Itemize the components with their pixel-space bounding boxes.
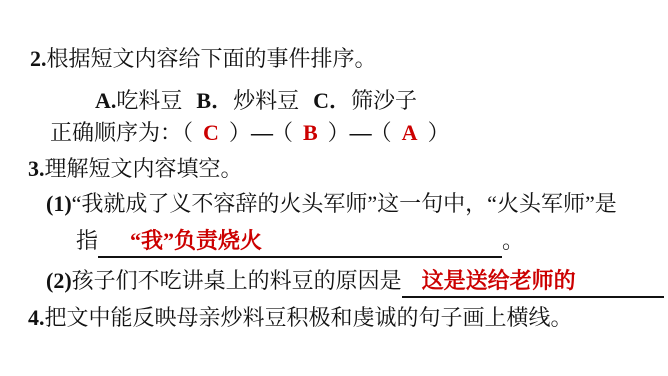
option-b-text: 炒料豆: [233, 88, 299, 113]
answer-blank-1: “我”负责烧火: [98, 226, 502, 258]
question-2-heading: 2.根据短文内容给下面的事件排序。: [30, 44, 377, 74]
open-paren-3: （: [370, 120, 392, 145]
sub1-sentence: “我就成了义不容辞的火头军师”这一句中，“火头军师”是: [72, 191, 617, 216]
question-3-sub1-answer-line: 指“我”负责烧火。: [76, 226, 524, 258]
question-4-heading: 4.把文中能反映母亲炒料豆积极和虔诚的句子画上横线。: [28, 303, 573, 333]
order-connector-2: —: [350, 120, 370, 145]
close-paren-2: ）: [328, 120, 350, 145]
option-b: B．炒料豆: [196, 86, 299, 116]
question-3-heading: 3.理解短文内容填空。: [28, 154, 243, 184]
question-2-options: A.吃料豆 B．炒料豆 C．筛沙子: [95, 86, 417, 116]
question-3-sub1-text: (1)“我就成了义不容辞的火头军师”这一句中，“火头军师”是: [46, 189, 617, 219]
question-4-title: 把文中能反映母亲炒料豆积极和虔诚的句子画上横线。: [45, 305, 573, 330]
open-paren-2: （: [271, 120, 293, 145]
answer-blank-2: 这是送给老师的: [402, 266, 664, 298]
order-prefix: 正确顺序为：: [50, 120, 182, 145]
option-a-text: 吃料豆: [116, 88, 182, 113]
answer-2-text: 这是送给老师的: [422, 268, 576, 293]
order-answer-1: C: [193, 120, 229, 145]
close-paren-1: ）: [229, 120, 251, 145]
question-2-title: 根据短文内容给下面的事件排序。: [47, 46, 377, 71]
option-c-letter: C．: [313, 88, 351, 113]
option-c-text: 筛沙子: [351, 88, 417, 113]
question-4-number: 4.: [28, 305, 45, 330]
worksheet-page: 2.根据短文内容给下面的事件排序。 A.吃料豆 B．炒料豆 C．筛沙子 正确顺序…: [0, 0, 668, 376]
order-answer-2: B: [293, 120, 328, 145]
question-3-title: 理解短文内容填空。: [45, 156, 243, 181]
question-2-order-line: 正确顺序为：（C）—（B）—（A）: [50, 118, 450, 148]
order-answer-3: A: [392, 120, 428, 145]
question-3-sub2-line: (2)孩子们不吃讲桌上的料豆的原因是这是送给老师的: [46, 266, 664, 298]
option-b-letter: B．: [196, 88, 233, 113]
option-c: C．筛沙子: [313, 86, 417, 116]
answer-1-text: “我”负责烧火: [130, 228, 262, 253]
sub2-label: (2): [46, 268, 72, 293]
option-a-letter: A.: [95, 88, 116, 113]
option-a: A.吃料豆: [95, 86, 182, 116]
sub1-label: (1): [46, 191, 72, 216]
sub1-period: 。: [502, 228, 524, 253]
question-2-number: 2.: [30, 46, 47, 71]
close-paren-3: ）: [428, 120, 450, 145]
sub2-sentence: 孩子们不吃讲桌上的料豆的原因是: [72, 268, 402, 293]
order-connector-1: —: [251, 120, 271, 145]
question-3-number: 3.: [28, 156, 45, 181]
sub1-lead: 指: [76, 228, 98, 253]
open-paren-1: （: [182, 120, 193, 145]
